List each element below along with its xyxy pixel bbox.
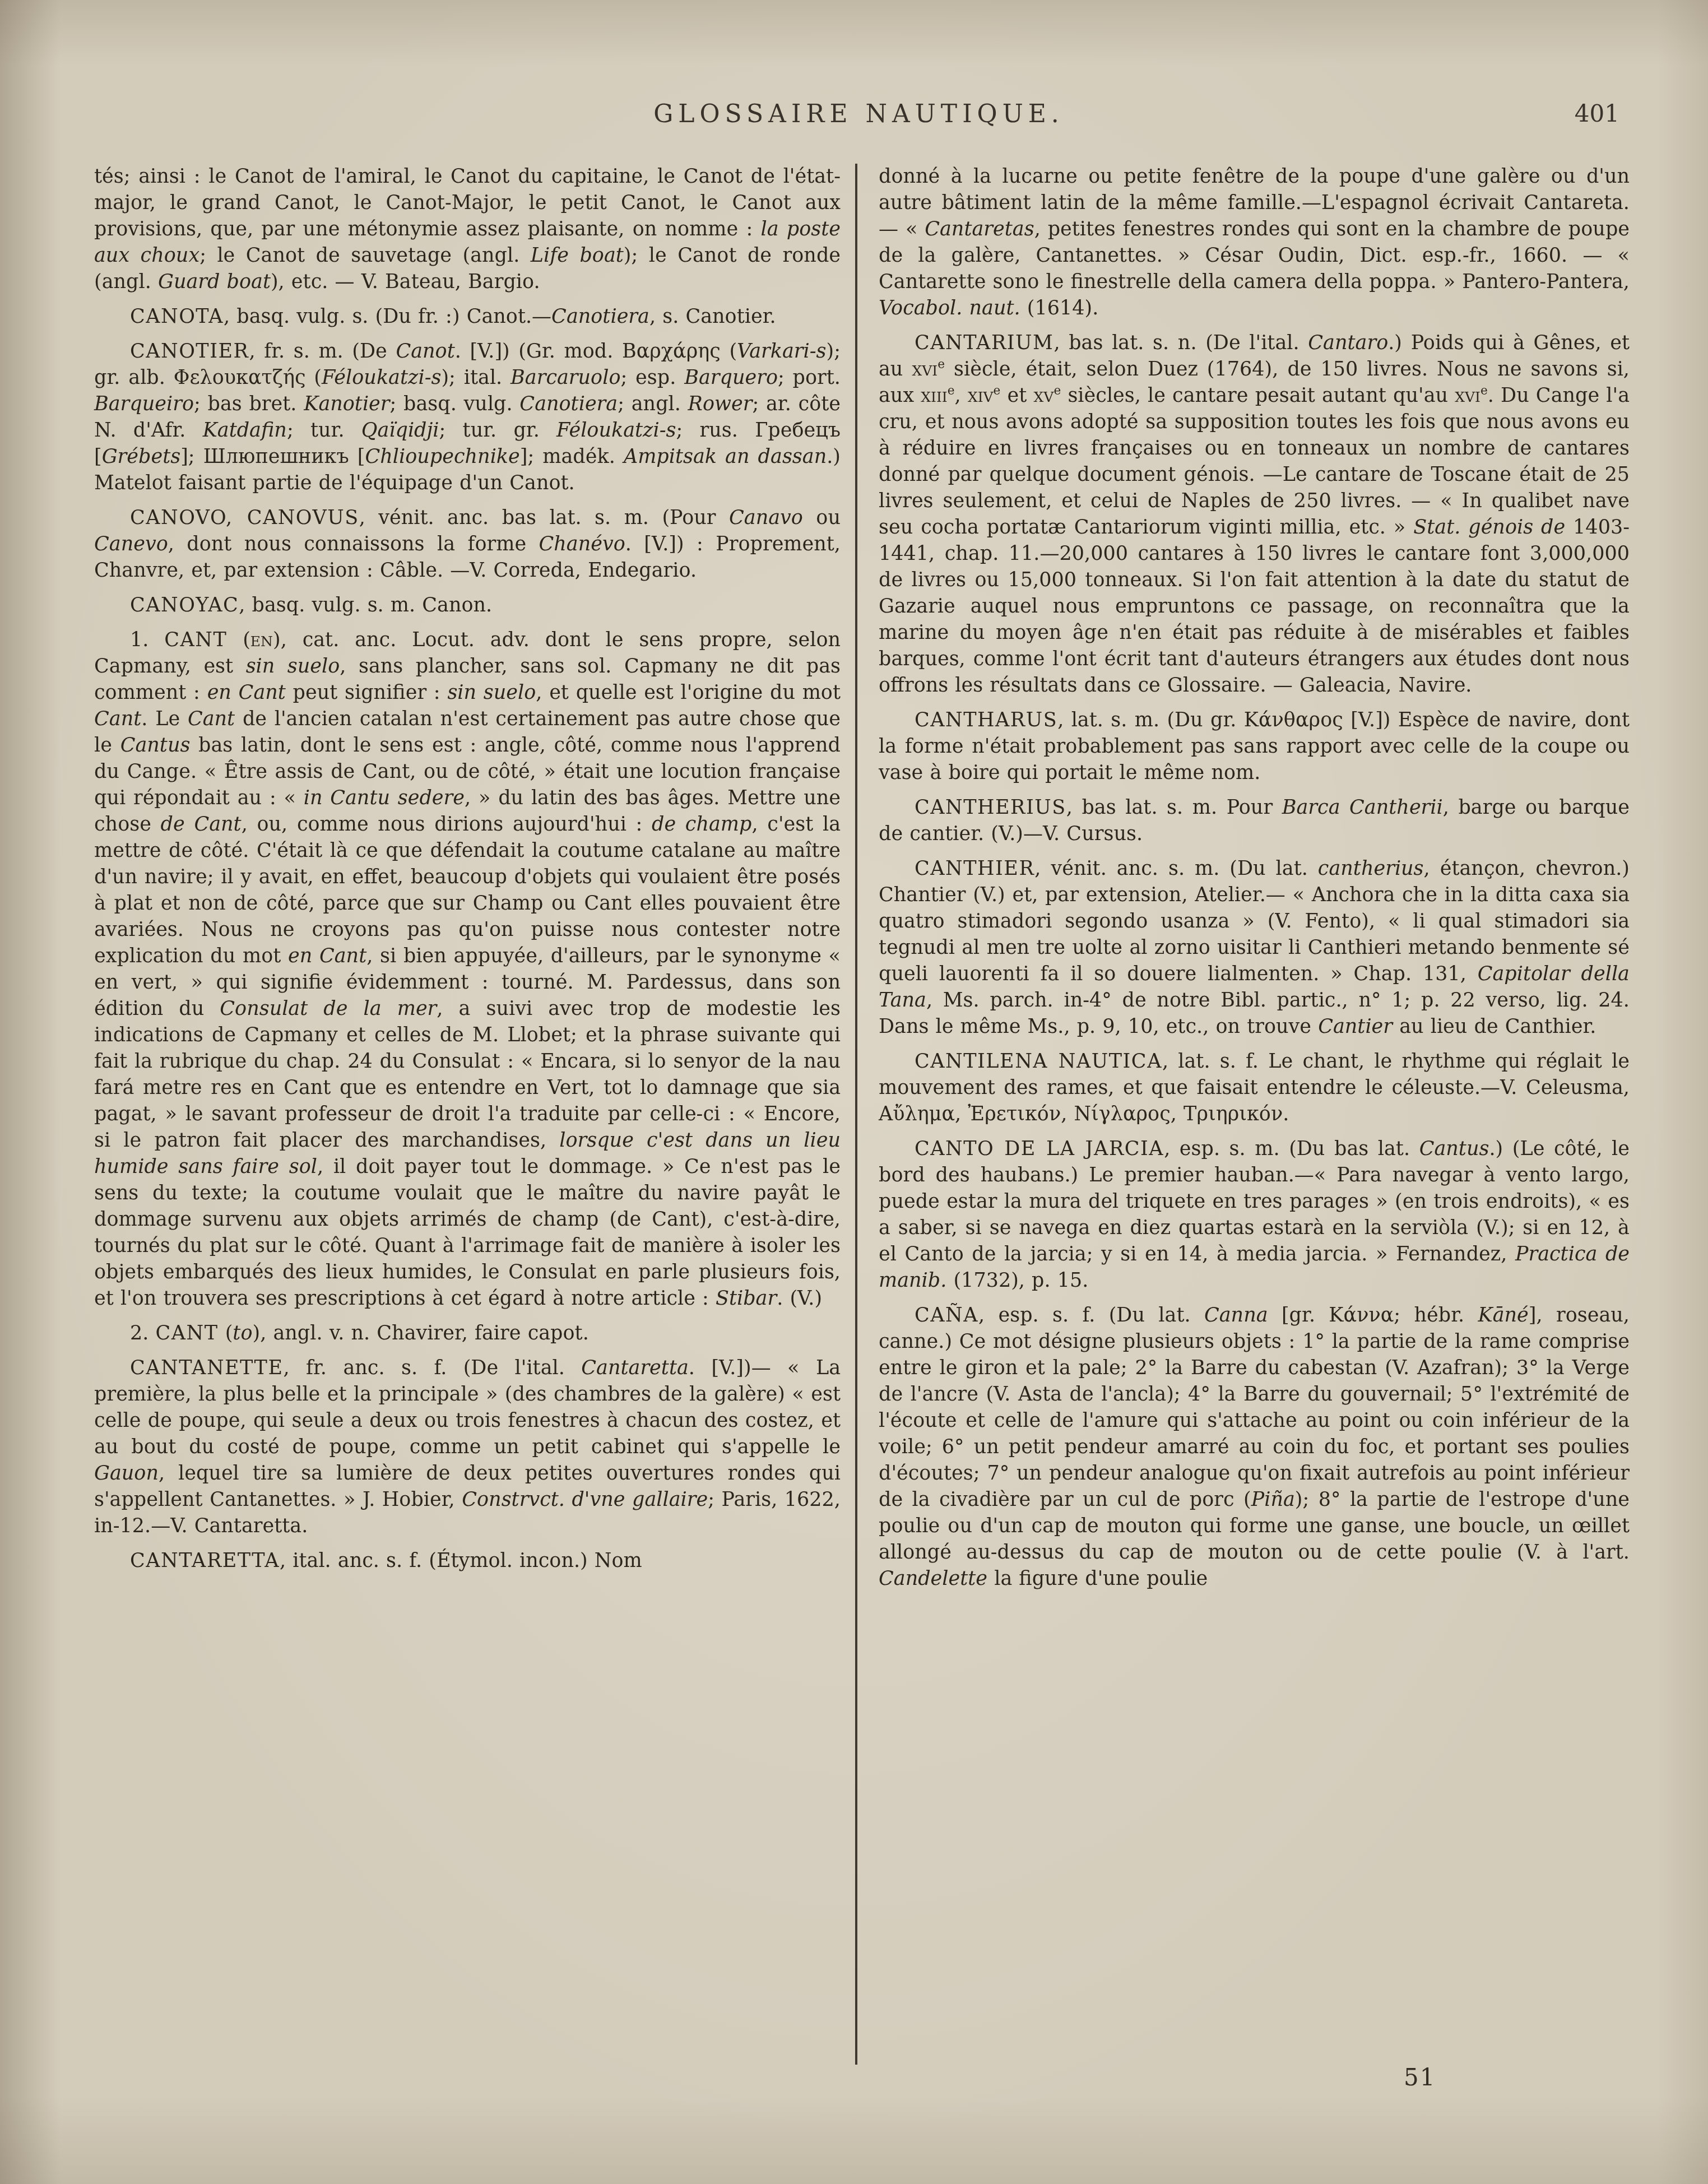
page-number: 401 [1575, 100, 1619, 127]
dictionary-paragraph: 1. CANT (en), cat. anc. Locut. adv. dont… [94, 627, 841, 1312]
signature-mark: 51 [1404, 2064, 1436, 2091]
dictionary-paragraph: CANOTIER, fr. s. m. (De Canot. [V.]) (Gr… [94, 339, 841, 497]
dictionary-paragraph: CANTANETTE, fr. anc. s. f. (De l'ital. C… [94, 1355, 841, 1540]
dictionary-paragraph: CANTILENA NAUTICA, lat. s. f. Le chant, … [879, 1049, 1630, 1128]
dictionary-paragraph: CANTHARUS, lat. s. m. (Du gr. Κάνθαρος [… [879, 707, 1630, 786]
left-column: tés; ainsi : le Canot de l'amiral, le Ca… [94, 164, 841, 1583]
dictionary-paragraph: CANOTA, basq. vulg. s. (Du fr. :) Canot.… [94, 304, 841, 330]
page-title: GLOSSAIRE NAUTIQUE. [92, 100, 1625, 128]
dictionary-paragraph: CANTARETTA, ital. anc. s. f. (Étymol. in… [94, 1548, 841, 1574]
dictionary-paragraph: CANOYAC, basq. vulg. s. m. Canon. [94, 592, 841, 619]
dictionary-paragraph: CANTO DE LA JARCIA, esp. s. m. (Du bas l… [879, 1136, 1630, 1294]
column-divider-rule [855, 164, 857, 2065]
scanned-book-page: GLOSSAIRE NAUTIQUE. 401 tés; ainsi : le … [0, 0, 1708, 2184]
dictionary-paragraph: CANTHERIUS, bas lat. s. m. Pour Barca Ca… [879, 795, 1630, 847]
right-column: donné à la lucarne ou petite fenêtre de … [879, 164, 1630, 1601]
dictionary-paragraph: CANOVO, CANOVUS, vénit. anc. bas lat. s.… [94, 505, 841, 584]
dictionary-paragraph: CANTARIUM, bas lat. s. n. (De l'ital. Ca… [879, 330, 1630, 699]
running-head: GLOSSAIRE NAUTIQUE. 401 [92, 100, 1625, 133]
dictionary-paragraph: CAÑA, esp. s. f. (Du lat. Canna [gr. Κάν… [879, 1302, 1630, 1592]
dictionary-paragraph: 2. CANT (to), angl. v. n. Chavirer, fair… [94, 1320, 841, 1347]
dictionary-paragraph: tés; ainsi : le Canot de l'amiral, le Ca… [94, 164, 841, 295]
dictionary-paragraph: CANTHIER, vénit. anc. s. m. (Du lat. can… [879, 856, 1630, 1040]
dictionary-paragraph: donné à la lucarne ou petite fenêtre de … [879, 164, 1630, 322]
